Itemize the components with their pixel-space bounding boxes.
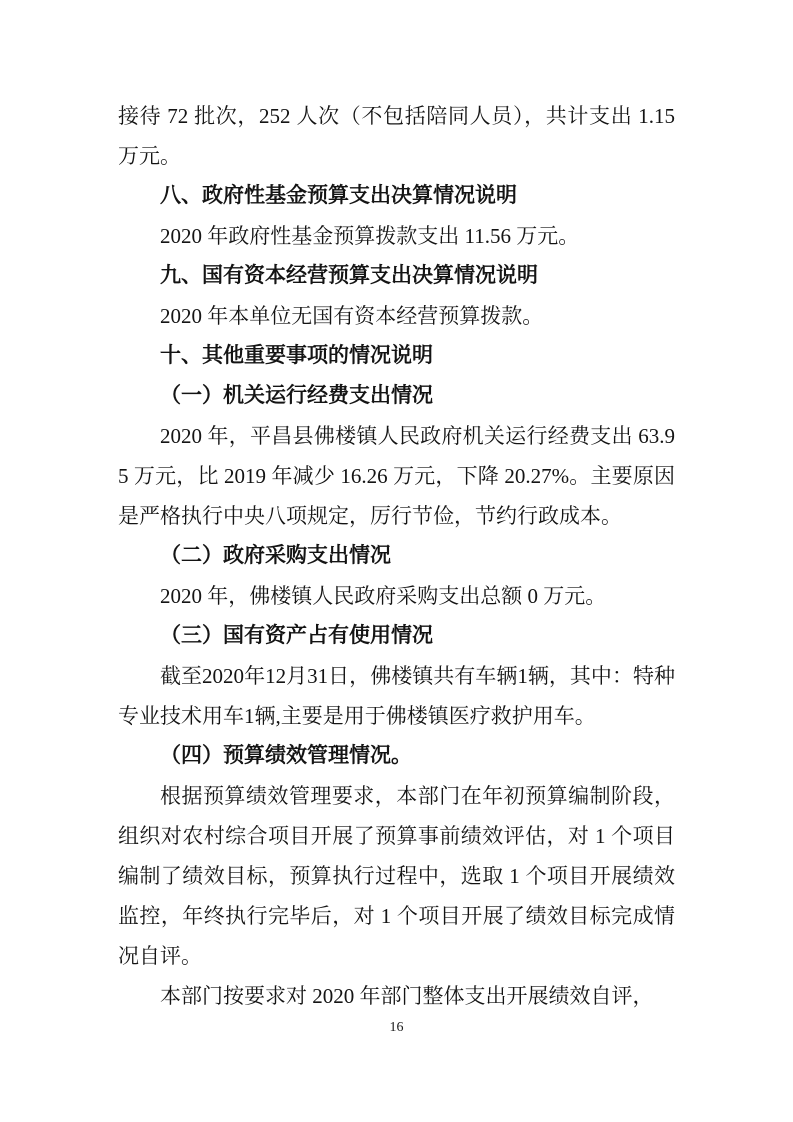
paragraph-state-assets-detail: 截至2020年12月31日，佛楼镇共有车辆1辆，其中：特种专业技术用车1辆,主要… xyxy=(118,656,675,736)
heading-subsection-two-procurement: （二）政府采购支出情况 xyxy=(118,536,675,576)
paragraph-procurement-detail: 2020 年，佛楼镇人民政府采购支出总额 0 万元。 xyxy=(118,576,675,616)
document-page: 接待 72 批次，252 人次（不包括陪同人员），共计支出 1.15 万元。 八… xyxy=(0,0,793,1122)
page-number: 16 xyxy=(0,1018,793,1038)
heading-section-eight-govt-fund-budget: 八、政府性基金预算支出决算情况说明 xyxy=(118,176,675,216)
heading-subsection-one-operating-expenses: （一）机关运行经费支出情况 xyxy=(118,376,675,416)
paragraph-state-capital-budget: 2020 年本单位无国有资本经营预算拨款。 xyxy=(118,296,675,336)
paragraph-performance-management-detail: 根据预算绩效管理要求，本部门在年初预算编制阶段，组织对农村综合项目开展了预算事前… xyxy=(118,776,675,976)
paragraph-reception-summary: 接待 72 批次，252 人次（不包括陪同人员），共计支出 1.15 万元。 xyxy=(118,96,675,176)
heading-section-nine-state-capital-budget: 九、国有资本经营预算支出决算情况说明 xyxy=(118,256,675,296)
paragraph-overall-self-evaluation: 本部门按要求对 2020 年部门整体支出开展绩效自评， xyxy=(118,976,675,1016)
heading-subsection-three-state-assets: （三）国有资产占有使用情况 xyxy=(118,616,675,656)
paragraph-govt-fund-expenditure: 2020 年政府性基金预算拨款支出 11.56 万元。 xyxy=(118,216,675,256)
heading-section-ten-other-important-items: 十、其他重要事项的情况说明 xyxy=(118,336,675,376)
heading-subsection-four-performance-management: （四）预算绩效管理情况。 xyxy=(118,736,675,776)
paragraph-operating-expenses-detail: 2020 年，平昌县佛楼镇人民政府机关运行经费支出 63.95 万元，比 201… xyxy=(118,416,675,536)
